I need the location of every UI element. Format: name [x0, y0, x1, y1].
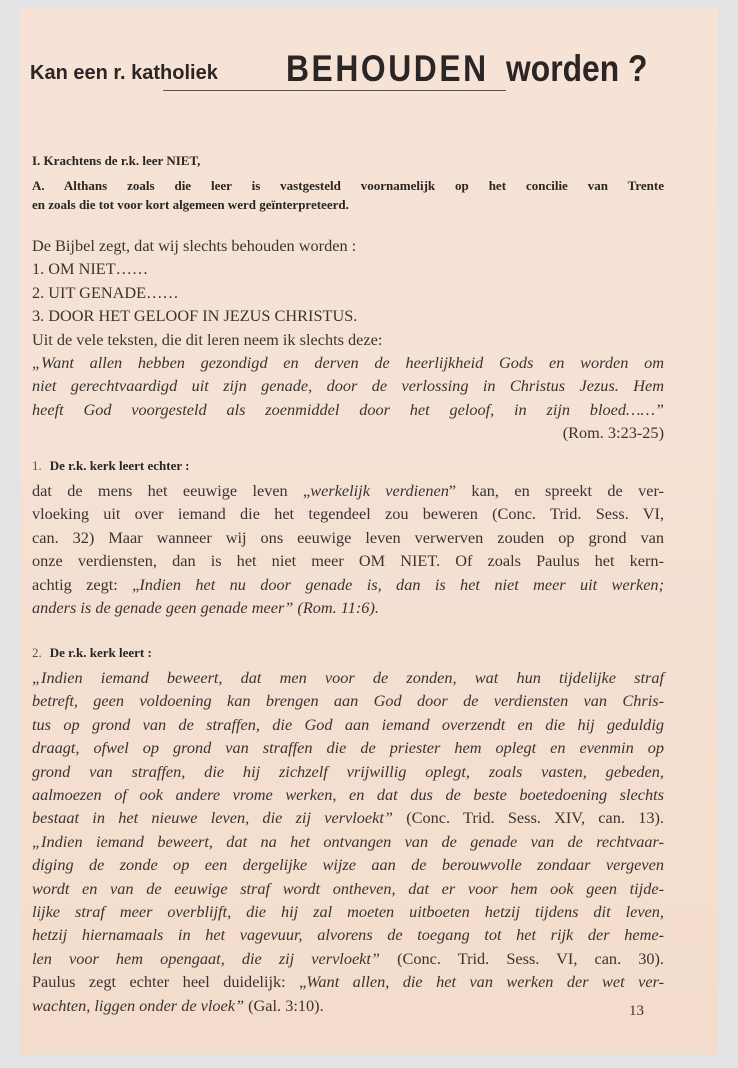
roman-text: ” kan, en spreekt de ver-: [449, 481, 664, 500]
italic-text: len voor hem opengaat, die zij vervloekt…: [32, 949, 380, 968]
section-heading-A: A. Althans zoals die leer is vastgesteld…: [32, 178, 664, 213]
list-item: 1. OM NIET……: [32, 257, 664, 280]
title-suffix: worden ?: [506, 48, 647, 90]
section-A-line: A. Althans zoals die leer is vastgesteld…: [32, 178, 664, 194]
text-line: lijke straf meer overblijft, die hij zal…: [32, 900, 664, 923]
point-number: 1.: [32, 458, 42, 473]
title-emphasis: BEHOUDEN: [286, 48, 489, 90]
text-line: achtig zegt: „Indien het nu door genade …: [32, 573, 664, 596]
italic-text: Indien het nu door genade is, dan is het…: [139, 575, 664, 594]
document-page: Kan een r. katholiek BEHOUDEN worden ? I…: [20, 8, 718, 1055]
point-1-heading: 1.De r.k. kerk leert echter :: [32, 458, 189, 474]
quote-lead: Uit de vele teksten, die dit leren neem …: [32, 328, 664, 351]
italic-text: werkelijk verdienen: [310, 481, 449, 500]
list-item: 3. DOOR HET GELOOF IN JEZUS CHRISTUS.: [32, 304, 664, 327]
roman-text: (Gal. 3:10).: [244, 996, 324, 1015]
text-line: „Indien iemand beweert, dat men voor de …: [32, 666, 664, 689]
section-heading-I: I. Krachtens de r.k. leer NIET,: [32, 153, 200, 169]
italic-text: draagt, ofwel op grond van straffen die …: [32, 738, 664, 757]
text-line: wordt en van de eeuwige straf wordt onth…: [32, 877, 664, 900]
roman-text: can. 32) Maar wanneer wij ons eeuwige le…: [32, 528, 664, 547]
roman-text: (Conc. Trid. Sess. VI, can. 30).: [380, 949, 664, 968]
text-line: tus op grond van de straffen, die God aa…: [32, 713, 664, 736]
point-1-body: dat de mens het eeuwige leven „werkelijk…: [32, 479, 664, 619]
bible-quote-line: heeft God voorgesteld als zoenmiddel doo…: [32, 398, 664, 421]
roman-text: vloeking uit over iemand die het tegende…: [32, 504, 664, 523]
text-line: „Indien iemand beweert, dat na het ontva…: [32, 830, 664, 853]
text-line: wachten, liggen onder de vloek” (Gal. 3:…: [32, 994, 664, 1017]
bible-reference: (Rom. 3:23-25): [32, 421, 664, 444]
italic-text: anders is de genade geen genade meer” (R…: [32, 598, 379, 617]
text-line: Paulus zegt echter heel duidelijk: „Want…: [32, 970, 664, 993]
italic-text: „Indien iemand beweert, dat na het ontva…: [32, 832, 664, 851]
bible-quote-line: „Want allen hebben gezondigd en derven d…: [32, 351, 664, 374]
point-label: De r.k. kerk leert echter :: [50, 458, 190, 473]
point-2-body: „Indien iemand beweert, dat men voor de …: [32, 666, 664, 1017]
italic-text: Want allen, die het van werken der wet v…: [306, 972, 664, 991]
italic-text: grond van straffen, die hij zichzelf vri…: [32, 762, 664, 781]
intro-lead: De Bijbel zegt, dat wij slechts behouden…: [32, 234, 664, 257]
italic-text: wordt en van de eeuwige straf wordt onth…: [32, 879, 664, 898]
point-number: 2.: [32, 645, 42, 660]
italic-text: diging de zonde op een dergelijke wijze …: [32, 855, 664, 874]
text-line: len voor hem opengaat, die zij vervloekt…: [32, 947, 664, 970]
italic-text: „Indien iemand beweert, dat men voor de …: [32, 668, 664, 687]
point-label: De r.k. kerk leert :: [50, 645, 152, 660]
roman-text: dat de mens het eeuwige leven „: [32, 481, 310, 500]
italic-text: bestaat in het nieuwe leven, die zij ver…: [32, 808, 393, 827]
text-line: diging de zonde op een dergelijke wijze …: [32, 853, 664, 876]
text-line: aalmoezen of ook andere vrome werken, en…: [32, 783, 664, 806]
italic-text: betreft, geen voldoening kan brengen aan…: [32, 691, 664, 710]
text-line: betreft, geen voldoening kan brengen aan…: [32, 689, 664, 712]
section-A-line: en zoals die tot voor kort algemeen werd…: [32, 197, 664, 213]
list-item: 2. UIT GENADE……: [32, 281, 664, 304]
italic-text: aalmoezen of ook andere vrome werken, en…: [32, 785, 664, 804]
text-line: grond van straffen, die hij zichzelf vri…: [32, 760, 664, 783]
intro-block: De Bijbel zegt, dat wij slechts behouden…: [32, 234, 664, 445]
roman-text: Paulus zegt echter heel duidelijk: „: [32, 972, 306, 991]
italic-text: tus op grond van de straffen, die God aa…: [32, 715, 664, 734]
roman-text: achtig zegt: „: [32, 575, 139, 594]
text-line: vloeking uit over iemand die het tegende…: [32, 502, 664, 525]
text-line: hetzij hiernamaals in het vagevuur, alvo…: [32, 923, 664, 946]
page-number: 13: [629, 1003, 644, 1020]
text-line: bestaat in het nieuwe leven, die zij ver…: [32, 806, 664, 829]
text-line: can. 32) Maar wanneer wij ons eeuwige le…: [32, 526, 664, 549]
text-line: draagt, ofwel op grond van straffen die …: [32, 736, 664, 759]
bible-quote-line: niet gerechtvaardigd uit zijn genade, do…: [32, 374, 664, 397]
text-line: onze verdiensten, dan is het niet meer O…: [32, 549, 664, 572]
roman-text: onze verdiensten, dan is het niet meer O…: [32, 551, 664, 570]
roman-text: (Conc. Trid. Sess. XIV, can. 13).: [393, 808, 664, 827]
italic-text: hetzij hiernamaals in het vagevuur, alvo…: [32, 925, 664, 944]
title-underline: [163, 90, 506, 91]
text-line: dat de mens het eeuwige leven „werkelijk…: [32, 479, 664, 502]
point-2-heading: 2.De r.k. kerk leert :: [32, 645, 152, 661]
text-line: anders is de genade geen genade meer” (R…: [32, 596, 664, 619]
italic-text: lijke straf meer overblijft, die hij zal…: [32, 902, 664, 921]
italic-text: wachten, liggen onder de vloek”: [32, 996, 244, 1015]
title-prefix: Kan een r. katholiek: [30, 62, 218, 85]
